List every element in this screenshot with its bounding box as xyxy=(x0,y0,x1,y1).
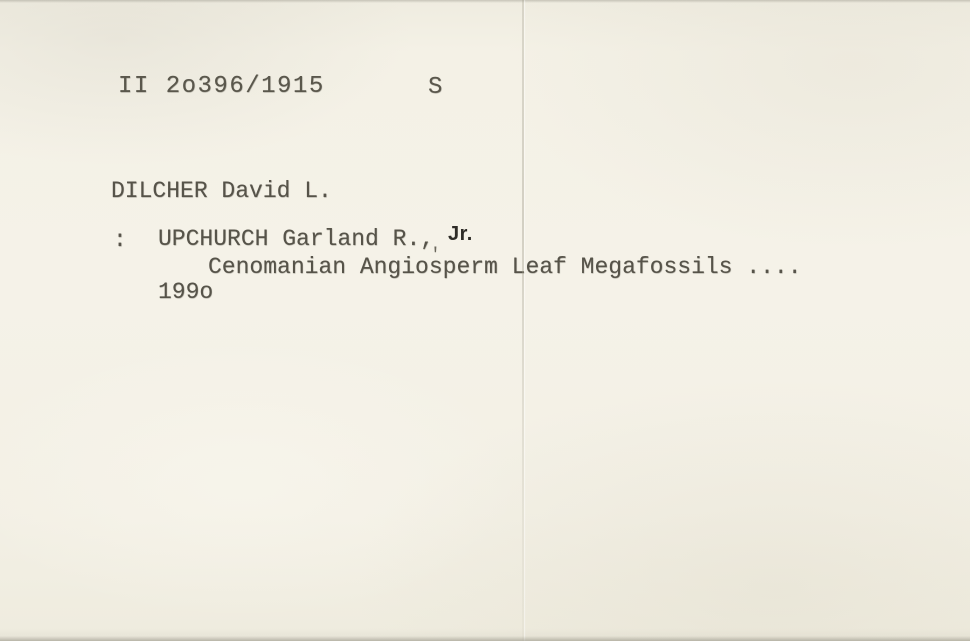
call-number: II 2o396/1915 xyxy=(118,75,325,99)
co-author-suffix: Jr. xyxy=(448,224,473,244)
year-line: 199o xyxy=(158,281,213,304)
vertical-crease xyxy=(522,0,524,641)
section-letter: S xyxy=(428,76,444,100)
scan-edge-bottom xyxy=(0,636,970,641)
scan-edge-top xyxy=(0,0,970,3)
title-line: Cenomanian Angiosperm Leaf Megafossils .… xyxy=(208,256,802,279)
catalog-card: II 2o396/1915 S DILCHER David L. : UPCHU… xyxy=(0,0,970,641)
stray-apostrophe-mark: ' xyxy=(430,247,441,265)
co-author: UPCHURCH Garland R., xyxy=(158,228,434,251)
cross-reference-colon: : xyxy=(113,229,127,252)
author-main: DILCHER David L. xyxy=(111,180,332,203)
